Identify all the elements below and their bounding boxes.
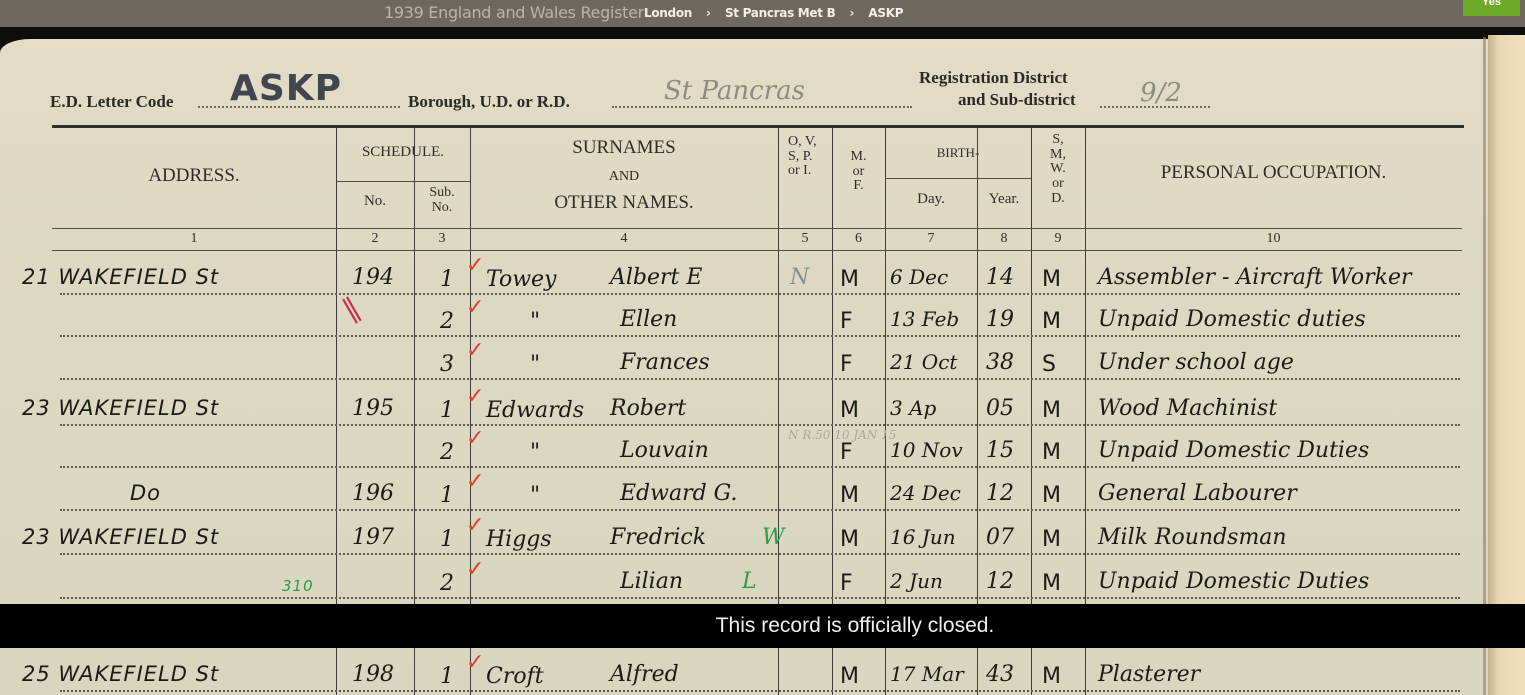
cell-sex: F bbox=[840, 309, 853, 334]
collection-title: 1939 England and Wales Register bbox=[384, 3, 644, 22]
cell-birth-year: 14 bbox=[986, 265, 1014, 290]
cell-birth-year: 19 bbox=[986, 307, 1014, 332]
cell-occupation: Assembler - Aircraft Worker bbox=[1098, 265, 1412, 290]
cell-schedule-no: 195 bbox=[352, 396, 394, 421]
cell-marital-status: M bbox=[1042, 398, 1061, 423]
red-check-icon: ✓ bbox=[466, 338, 484, 363]
cell-address: 25 WAKEFIELD St bbox=[22, 662, 219, 686]
registration-district-value: 9/2 bbox=[1140, 78, 1182, 108]
cell-occupation: Unpaid Domestic Duties bbox=[1098, 569, 1369, 594]
red-check-icon: ✓ bbox=[466, 469, 484, 494]
cell-other-names: Ellen bbox=[620, 307, 677, 332]
dotted-line bbox=[1100, 106, 1210, 108]
cell-birth-day: 2 Jun bbox=[890, 569, 943, 593]
cell-marital-status: M bbox=[1042, 440, 1061, 465]
cell-address: Do bbox=[130, 481, 161, 505]
cell-surname: " bbox=[530, 483, 540, 508]
row-dotted-line bbox=[60, 378, 1460, 380]
cell-occupation: Wood Machinist bbox=[1098, 396, 1277, 421]
cell-marital-status: M bbox=[1042, 309, 1061, 334]
row-dotted-line bbox=[60, 597, 1460, 599]
cell-marital-status: M bbox=[1042, 483, 1061, 508]
cell-birth-year: 43 bbox=[986, 662, 1014, 687]
chevron-right-icon: › bbox=[849, 6, 854, 20]
row-dotted-line bbox=[60, 509, 1460, 511]
cell-sub-no: 2 bbox=[440, 309, 454, 334]
cell-birth-day: 10 Nov bbox=[890, 438, 963, 462]
cell-marital-status: S bbox=[1042, 352, 1056, 377]
page-fold bbox=[1483, 37, 1486, 695]
row-dotted-line bbox=[60, 335, 1460, 337]
column-number: 2 bbox=[336, 231, 414, 247]
cell-other-names: Fredrick bbox=[610, 525, 706, 550]
schedule-group-divider bbox=[336, 181, 470, 182]
cell-sex: F bbox=[840, 440, 853, 465]
col-header-ovspi: O, V, S, P. or I. bbox=[778, 135, 832, 179]
cell-address: 310 bbox=[282, 577, 314, 595]
borough-value: St Pancras bbox=[664, 76, 805, 106]
column-number: 10 bbox=[1085, 231, 1462, 247]
cell-birth-day: 17 Mar bbox=[890, 662, 964, 686]
col-header-surnames: SURNAMES bbox=[470, 138, 778, 158]
col-header-sub-no: Sub. No. bbox=[414, 186, 470, 215]
column-number: 1 bbox=[52, 231, 336, 247]
cell-occupation: Unpaid Domestic duties bbox=[1098, 307, 1366, 332]
cell-sex: M bbox=[840, 664, 859, 689]
col-header-schedule-no: No. bbox=[336, 194, 414, 210]
col-header-and: AND bbox=[470, 170, 778, 185]
cell-address: 23 WAKEFIELD St bbox=[22, 396, 219, 420]
chevron-right-icon: › bbox=[706, 6, 711, 20]
cell-sub-no: 1 bbox=[440, 267, 454, 292]
cell-sub-no: 1 bbox=[440, 398, 454, 423]
row-dotted-line bbox=[60, 424, 1460, 426]
cell-schedule-no: 197 bbox=[352, 525, 394, 550]
breadcrumb: London › St Pancras Met B › ASKP bbox=[644, 6, 903, 20]
cell-occupation: Milk Roundsman bbox=[1098, 525, 1287, 550]
cell-surname: " bbox=[530, 352, 540, 377]
cell-address: 23 WAKEFIELD St bbox=[22, 525, 219, 549]
ed-letter-code-label: E.D. Letter Code bbox=[50, 92, 173, 112]
breadcrumb-askp[interactable]: ASKP bbox=[868, 6, 903, 20]
cell-marital-status: M bbox=[1042, 571, 1061, 596]
cell-occupation: Under school age bbox=[1098, 350, 1294, 375]
cell-birth-day: 21 Oct bbox=[890, 350, 957, 374]
column-number: 9 bbox=[1031, 231, 1085, 247]
cell-marital-status: M bbox=[1042, 664, 1061, 689]
cell-surname: " bbox=[530, 440, 540, 465]
cell-marital-status: M bbox=[1042, 527, 1061, 552]
cell-occupation: Plasterer bbox=[1098, 662, 1200, 687]
cell-schedule-no: 198 bbox=[352, 662, 394, 687]
cell-birth-day: 16 Jun bbox=[890, 525, 956, 549]
cell-birth-year: 12 bbox=[986, 569, 1014, 594]
col-header-occupation: PERSONAL OCCUPATION. bbox=[1085, 163, 1462, 183]
birth-group-divider bbox=[885, 178, 1031, 179]
sub-district-label: and Sub-district bbox=[958, 90, 1076, 110]
breadcrumb-london[interactable]: London bbox=[644, 6, 692, 20]
cell-schedule-no: 196 bbox=[352, 481, 394, 506]
cell-other-names: Edward G. bbox=[620, 481, 737, 506]
row-dotted-line bbox=[60, 293, 1460, 295]
col-header-schedule: SCHEDULE. bbox=[336, 145, 470, 161]
cell-sub-no: 3 bbox=[440, 352, 454, 377]
red-check-icon: ✓ bbox=[466, 557, 484, 582]
cell-birth-day: 6 Dec bbox=[890, 265, 948, 289]
cell-other-names: Lilian bbox=[620, 569, 683, 594]
red-check-icon: ✓ bbox=[466, 426, 484, 451]
cell-marital-status: M bbox=[1042, 267, 1061, 292]
margin-annotation: N R.50 10 JAN 15 bbox=[788, 428, 896, 442]
cell-address: 21 WAKEFIELD St bbox=[22, 265, 219, 289]
page-edge bbox=[1488, 35, 1525, 695]
red-check-icon: ✓ bbox=[466, 513, 484, 538]
cell-occupation: Unpaid Domestic Duties bbox=[1098, 438, 1369, 463]
cell-other-names: Frances bbox=[620, 350, 710, 375]
cell-birth-year: 15 bbox=[986, 438, 1014, 463]
borough-label: Borough, U.D. or R.D. bbox=[408, 92, 570, 112]
cell-birth-year: 07 bbox=[986, 525, 1014, 550]
col-header-address: ADDRESS. bbox=[52, 166, 336, 186]
cell-surname: " bbox=[530, 309, 540, 334]
cell-ovspi: N bbox=[790, 265, 809, 290]
green-action-button[interactable]: Yes bbox=[1463, 0, 1520, 16]
cell-sub-no: 1 bbox=[440, 664, 454, 689]
col-header-birth-year: Year. bbox=[977, 192, 1031, 208]
col-header-birth: BIRTH- bbox=[885, 146, 1031, 160]
col-header-sex: M. or F. bbox=[832, 150, 885, 194]
cell-surname: Edwards bbox=[486, 398, 584, 423]
red-check-icon: ✓ bbox=[466, 253, 484, 278]
col-header-other-names: OTHER NAMES. bbox=[470, 193, 778, 213]
cell-sex: M bbox=[840, 267, 859, 292]
cell-schedule-no: 194 bbox=[352, 265, 394, 290]
cell-sex: M bbox=[840, 483, 859, 508]
column-number: 8 bbox=[977, 231, 1031, 247]
row-dotted-line bbox=[60, 690, 1460, 692]
column-number: 7 bbox=[885, 231, 977, 247]
dotted-line bbox=[612, 106, 912, 108]
cell-sex: M bbox=[840, 527, 859, 552]
cell-birth-day: 3 Ap bbox=[890, 396, 936, 420]
cell-birth-year: 12 bbox=[986, 481, 1014, 506]
red-check-icon: ✓ bbox=[466, 295, 484, 320]
ed-letter-code-stamp: ASKP bbox=[230, 68, 342, 109]
cell-other-names: Louvain bbox=[620, 438, 709, 463]
cell-ovspi: W bbox=[762, 525, 785, 550]
dotted-line bbox=[198, 106, 400, 108]
header-divider bbox=[52, 250, 1462, 251]
column-number: 3 bbox=[414, 231, 470, 247]
red-check-icon: ✓ bbox=[466, 650, 484, 675]
col-header-birth-day: Day. bbox=[885, 192, 977, 208]
cell-birth-year: 38 bbox=[986, 350, 1014, 375]
cell-birth-day: 13 Feb bbox=[890, 307, 959, 331]
col-header-marital-status: S, M, W. or D. bbox=[1031, 133, 1085, 206]
top-breadcrumb-bar: 1939 England and Wales Register London ›… bbox=[0, 0, 1525, 27]
column-number: 4 bbox=[470, 231, 778, 247]
red-check-icon: ✓ bbox=[466, 384, 484, 409]
cell-birth-day: 24 Dec bbox=[890, 481, 961, 505]
row-dotted-line bbox=[60, 553, 1460, 555]
header-divider bbox=[52, 228, 1462, 229]
cell-sub-no: 1 bbox=[440, 527, 454, 552]
cell-surname: Croft bbox=[486, 664, 544, 689]
column-number: 5 bbox=[778, 231, 832, 247]
cell-sub-no: 2 bbox=[440, 571, 454, 596]
cell-other-names: Robert bbox=[610, 396, 686, 421]
row-dotted-line bbox=[60, 466, 1460, 468]
cell-other-names: Alfred bbox=[610, 662, 679, 687]
record-closed-text: This record is officially closed. bbox=[716, 614, 995, 638]
cell-surname: Higgs bbox=[486, 527, 552, 552]
cell-sex: F bbox=[840, 571, 853, 596]
cell-sex: M bbox=[840, 398, 859, 423]
header-rule bbox=[52, 125, 1464, 128]
breadcrumb-st-pancras[interactable]: St Pancras Met B bbox=[725, 6, 835, 20]
cell-ovspi: L bbox=[742, 569, 757, 594]
cell-occupation: General Labourer bbox=[1098, 481, 1297, 506]
column-number: 6 bbox=[832, 231, 885, 247]
cell-other-names: Albert E bbox=[610, 265, 702, 290]
cell-surname: Towey bbox=[486, 267, 557, 292]
cell-sub-no: 1 bbox=[440, 483, 454, 508]
record-closed-banner: This record is officially closed. bbox=[0, 604, 1525, 648]
cell-sex: F bbox=[840, 352, 853, 377]
cell-sub-no: 2 bbox=[440, 440, 454, 465]
registration-district-label: Registration District bbox=[919, 68, 1068, 88]
cell-birth-year: 05 bbox=[986, 396, 1014, 421]
